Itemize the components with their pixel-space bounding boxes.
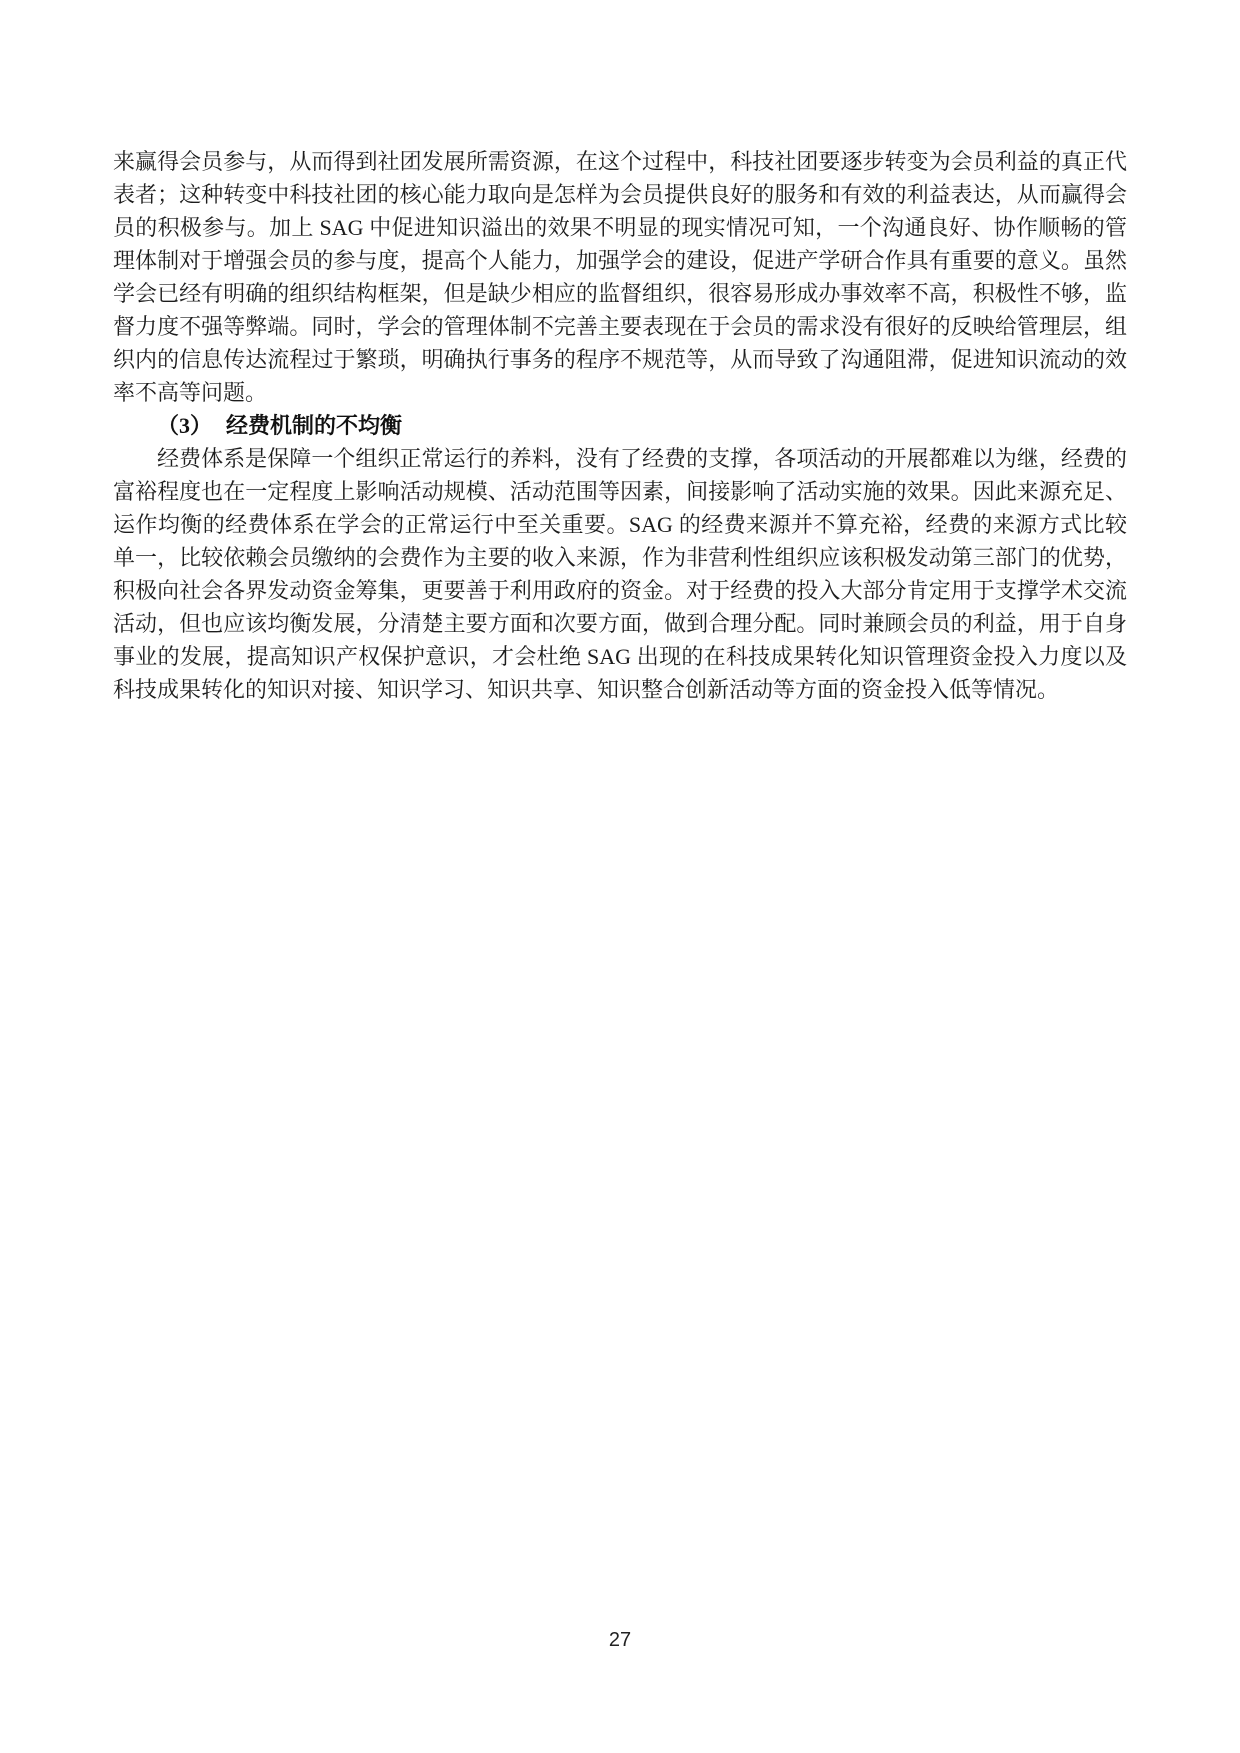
- paragraph-body: 经费体系是保障一个组织正常运行的养料，没有了经费的支撑，各项活动的开展都难以为继…: [113, 442, 1127, 706]
- section-heading: （3）经费机制的不均衡: [113, 409, 1127, 442]
- page-content: 来赢得会员参与，从而得到社团发展所需资源，在这个过程中，科技社团要逐步转变为会员…: [113, 145, 1127, 706]
- page-number: 27: [609, 1629, 631, 1651]
- section-heading-number: （3）: [157, 413, 212, 438]
- paragraph-continuation: 来赢得会员参与，从而得到社团发展所需资源，在这个过程中，科技社团要逐步转变为会员…: [113, 145, 1127, 409]
- section-heading-title: 经费机制的不均衡: [226, 413, 402, 438]
- page-footer: 27: [0, 1628, 1240, 1652]
- document-page: 来赢得会员参与，从而得到社团发展所需资源，在这个过程中，科技社团要逐步转变为会员…: [0, 0, 1240, 1753]
